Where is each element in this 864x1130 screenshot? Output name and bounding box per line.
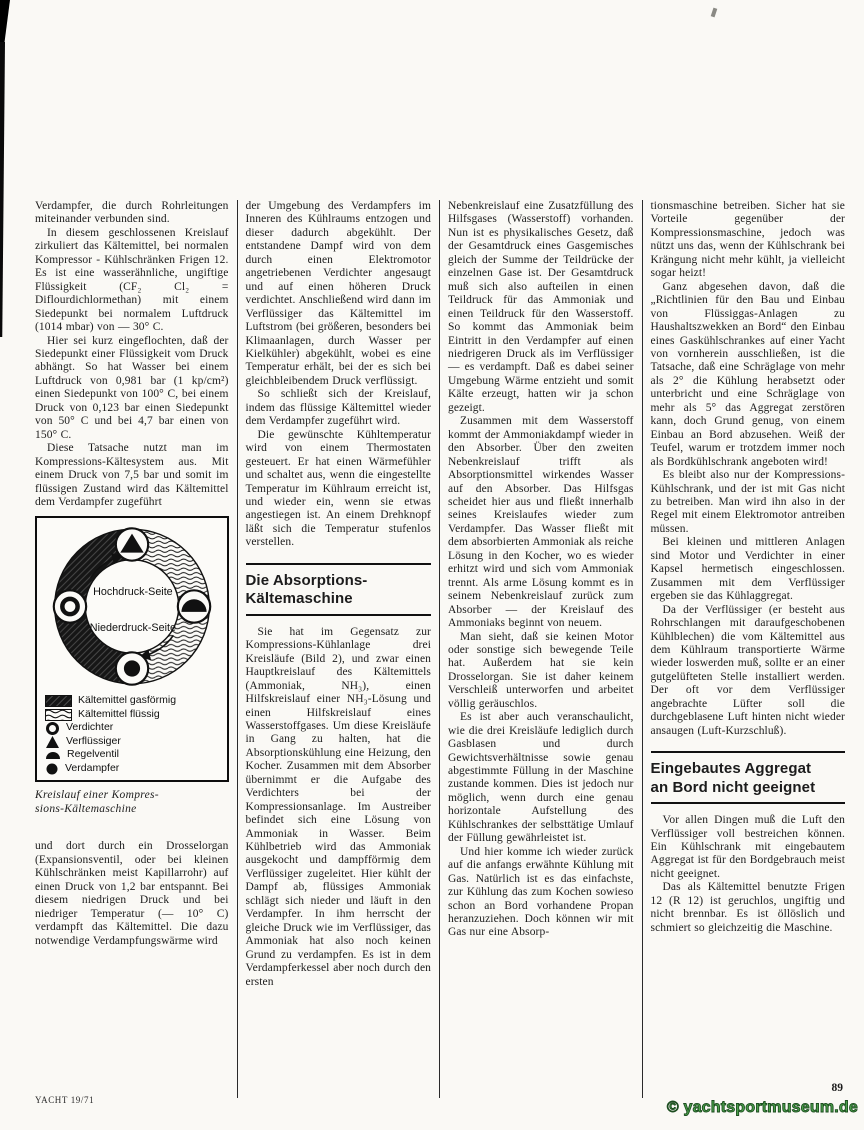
low-pressure-label: Niederdruck-Seite bbox=[90, 622, 176, 634]
paragraph: Ganz abgesehen davon, daß die „Richtlini… bbox=[651, 281, 846, 469]
legend-item: Regelventil bbox=[45, 748, 223, 762]
page-number: 89 bbox=[832, 1082, 844, 1094]
column-1-top-paragraphs: Verdampfer, die durch Rohrleitungen mite… bbox=[35, 200, 229, 509]
heading-builtin-aggregate: Eingebautes Aggregat an Bord nicht geeig… bbox=[651, 751, 846, 804]
column-4-paragraphs-a: tionsmaschine betreiben. Sicher hat sie … bbox=[651, 200, 846, 738]
valve-halfdisc-icon bbox=[45, 750, 61, 760]
figure-caption: Kreislauf einer Kompres- sions-Kältemasc… bbox=[35, 788, 229, 816]
paragraph: Sie hat im Gegensatz zur Kompressions-Kü… bbox=[246, 626, 432, 989]
paragraph: Hier sei kurz eingeflochten, daß der Sie… bbox=[35, 335, 229, 443]
scan-speck bbox=[711, 8, 718, 18]
legend-label: Verdichter bbox=[66, 721, 113, 735]
paragraph: Da der Verflüssiger (er besteht aus Rohr… bbox=[651, 604, 846, 739]
column-2-paragraphs-a: der Umgebung des Verdampfers im Inneren … bbox=[246, 200, 432, 550]
paragraph: In diesem geschlossenen Kreislauf zirkul… bbox=[35, 227, 229, 335]
column-4-paragraphs-b: Vor allen Dingen muß die Luft den Verflü… bbox=[651, 814, 846, 935]
compressor-ring-icon bbox=[45, 721, 60, 736]
paragraph: Vor allen Dingen muß die Luft den Verflü… bbox=[651, 814, 846, 881]
scan-edge-artifact bbox=[0, 42, 5, 337]
watermark: © yachtsportmuseum.de bbox=[667, 1099, 858, 1117]
paragraph: Und hier komme ich wieder zurück auf die… bbox=[448, 846, 634, 940]
paragraph: Es bleibt also nur der Kompressions-Kühl… bbox=[651, 469, 846, 536]
ring-inner-outline bbox=[85, 560, 178, 653]
condenser-node bbox=[116, 529, 148, 561]
text-block: Verdampfer, die durch Rohrleitungen mite… bbox=[35, 200, 845, 1098]
magazine-footer: YACHT 19/71 bbox=[35, 1095, 94, 1105]
paragraph: Zusammen mit dem Wasserstoff kommt der A… bbox=[448, 415, 634, 630]
heading-absorption-machine: Die Absorptions- Kältemaschine bbox=[246, 563, 432, 616]
evaporator-dot-icon bbox=[124, 661, 140, 677]
liquid-wave-swatch-icon bbox=[45, 709, 72, 721]
condenser-triangle-icon bbox=[45, 735, 60, 749]
paragraph: Verdampfer, die durch Rohrleitungen mite… bbox=[35, 200, 229, 227]
paragraph: Bei kleinen und mittleren Anlagen sind M… bbox=[651, 536, 846, 603]
column-2: der Umgebung des Verdampfers im Inneren … bbox=[238, 200, 441, 1098]
paragraph: Diese Tatsache nutzt man im Kompressions… bbox=[35, 442, 229, 509]
legend-item: Verdichter bbox=[45, 721, 223, 735]
paragraph: So schließt sich der Kreislauf, indem da… bbox=[246, 388, 432, 428]
column-3: Nebenkreislauf eine Zusatzfüllung des Hi… bbox=[440, 200, 643, 1098]
magazine-page: Verdampfer, die durch Rohrleitungen mite… bbox=[0, 0, 864, 1130]
paragraph: Nebenkreislauf eine Zusatzfüllung des Hi… bbox=[448, 200, 634, 415]
paragraph: Die gewünschte Kühltemperatur wird von e… bbox=[246, 429, 432, 550]
column-2-paragraphs-b: Sie hat im Gegensatz zur Kompressions-Kü… bbox=[246, 626, 432, 989]
paragraph: und dort durch ein Drosselorgan (Expansi… bbox=[35, 840, 229, 948]
column-4: tionsmaschine betreiben. Sicher hat sie … bbox=[643, 200, 846, 1098]
paragraph: Es ist aber auch veranschaulicht, wie di… bbox=[448, 711, 634, 846]
legend-item: Verflüssiger bbox=[45, 735, 223, 749]
legend-label: Verflüssiger bbox=[66, 735, 121, 749]
column-1-bottom-paragraphs: und dort durch ein Drosselorgan (Expansi… bbox=[35, 840, 229, 948]
valve-node bbox=[178, 591, 210, 623]
compression-cycle-figure: Hochdruck-Seite Niederdruck-Seite bbox=[35, 516, 229, 782]
gas-hatch-swatch-icon bbox=[45, 695, 72, 707]
column-3-paragraphs: Nebenkreislauf eine Zusatzfüllung des Hi… bbox=[448, 200, 634, 940]
evaporator-node bbox=[116, 653, 148, 685]
legend-item: Kältemittel flüssig bbox=[45, 708, 223, 722]
legend-label: Verdampfer bbox=[65, 762, 119, 776]
compressor-node bbox=[54, 591, 86, 623]
compression-cycle-diagram: Hochdruck-Seite Niederdruck-Seite bbox=[42, 522, 222, 691]
paragraph: tionsmaschine betreiben. Sicher hat sie … bbox=[651, 200, 846, 281]
legend-label: Kältemittel flüssig bbox=[78, 708, 160, 722]
legend-item: Verdampfer bbox=[45, 762, 223, 776]
legend-label: Kältemittel gasförmig bbox=[78, 694, 176, 708]
paragraph: Das als Kältemittel benutzte Frigen 12 (… bbox=[651, 881, 846, 935]
legend-label: Regelventil bbox=[67, 748, 119, 762]
evaporator-dot-icon bbox=[45, 762, 59, 776]
legend-item: Kältemittel gasförmig bbox=[45, 694, 223, 708]
paragraph: der Umgebung des Verdampfers im Inneren … bbox=[246, 200, 432, 388]
high-pressure-label: Hochdruck-Seite bbox=[93, 586, 173, 598]
figure-legend: Kältemittel gasförmig Kältemittel flüssi… bbox=[45, 694, 223, 775]
column-1: Verdampfer, die durch Rohrleitungen mite… bbox=[35, 200, 238, 1098]
paragraph: Man sieht, daß sie keinen Motor oder son… bbox=[448, 631, 634, 712]
